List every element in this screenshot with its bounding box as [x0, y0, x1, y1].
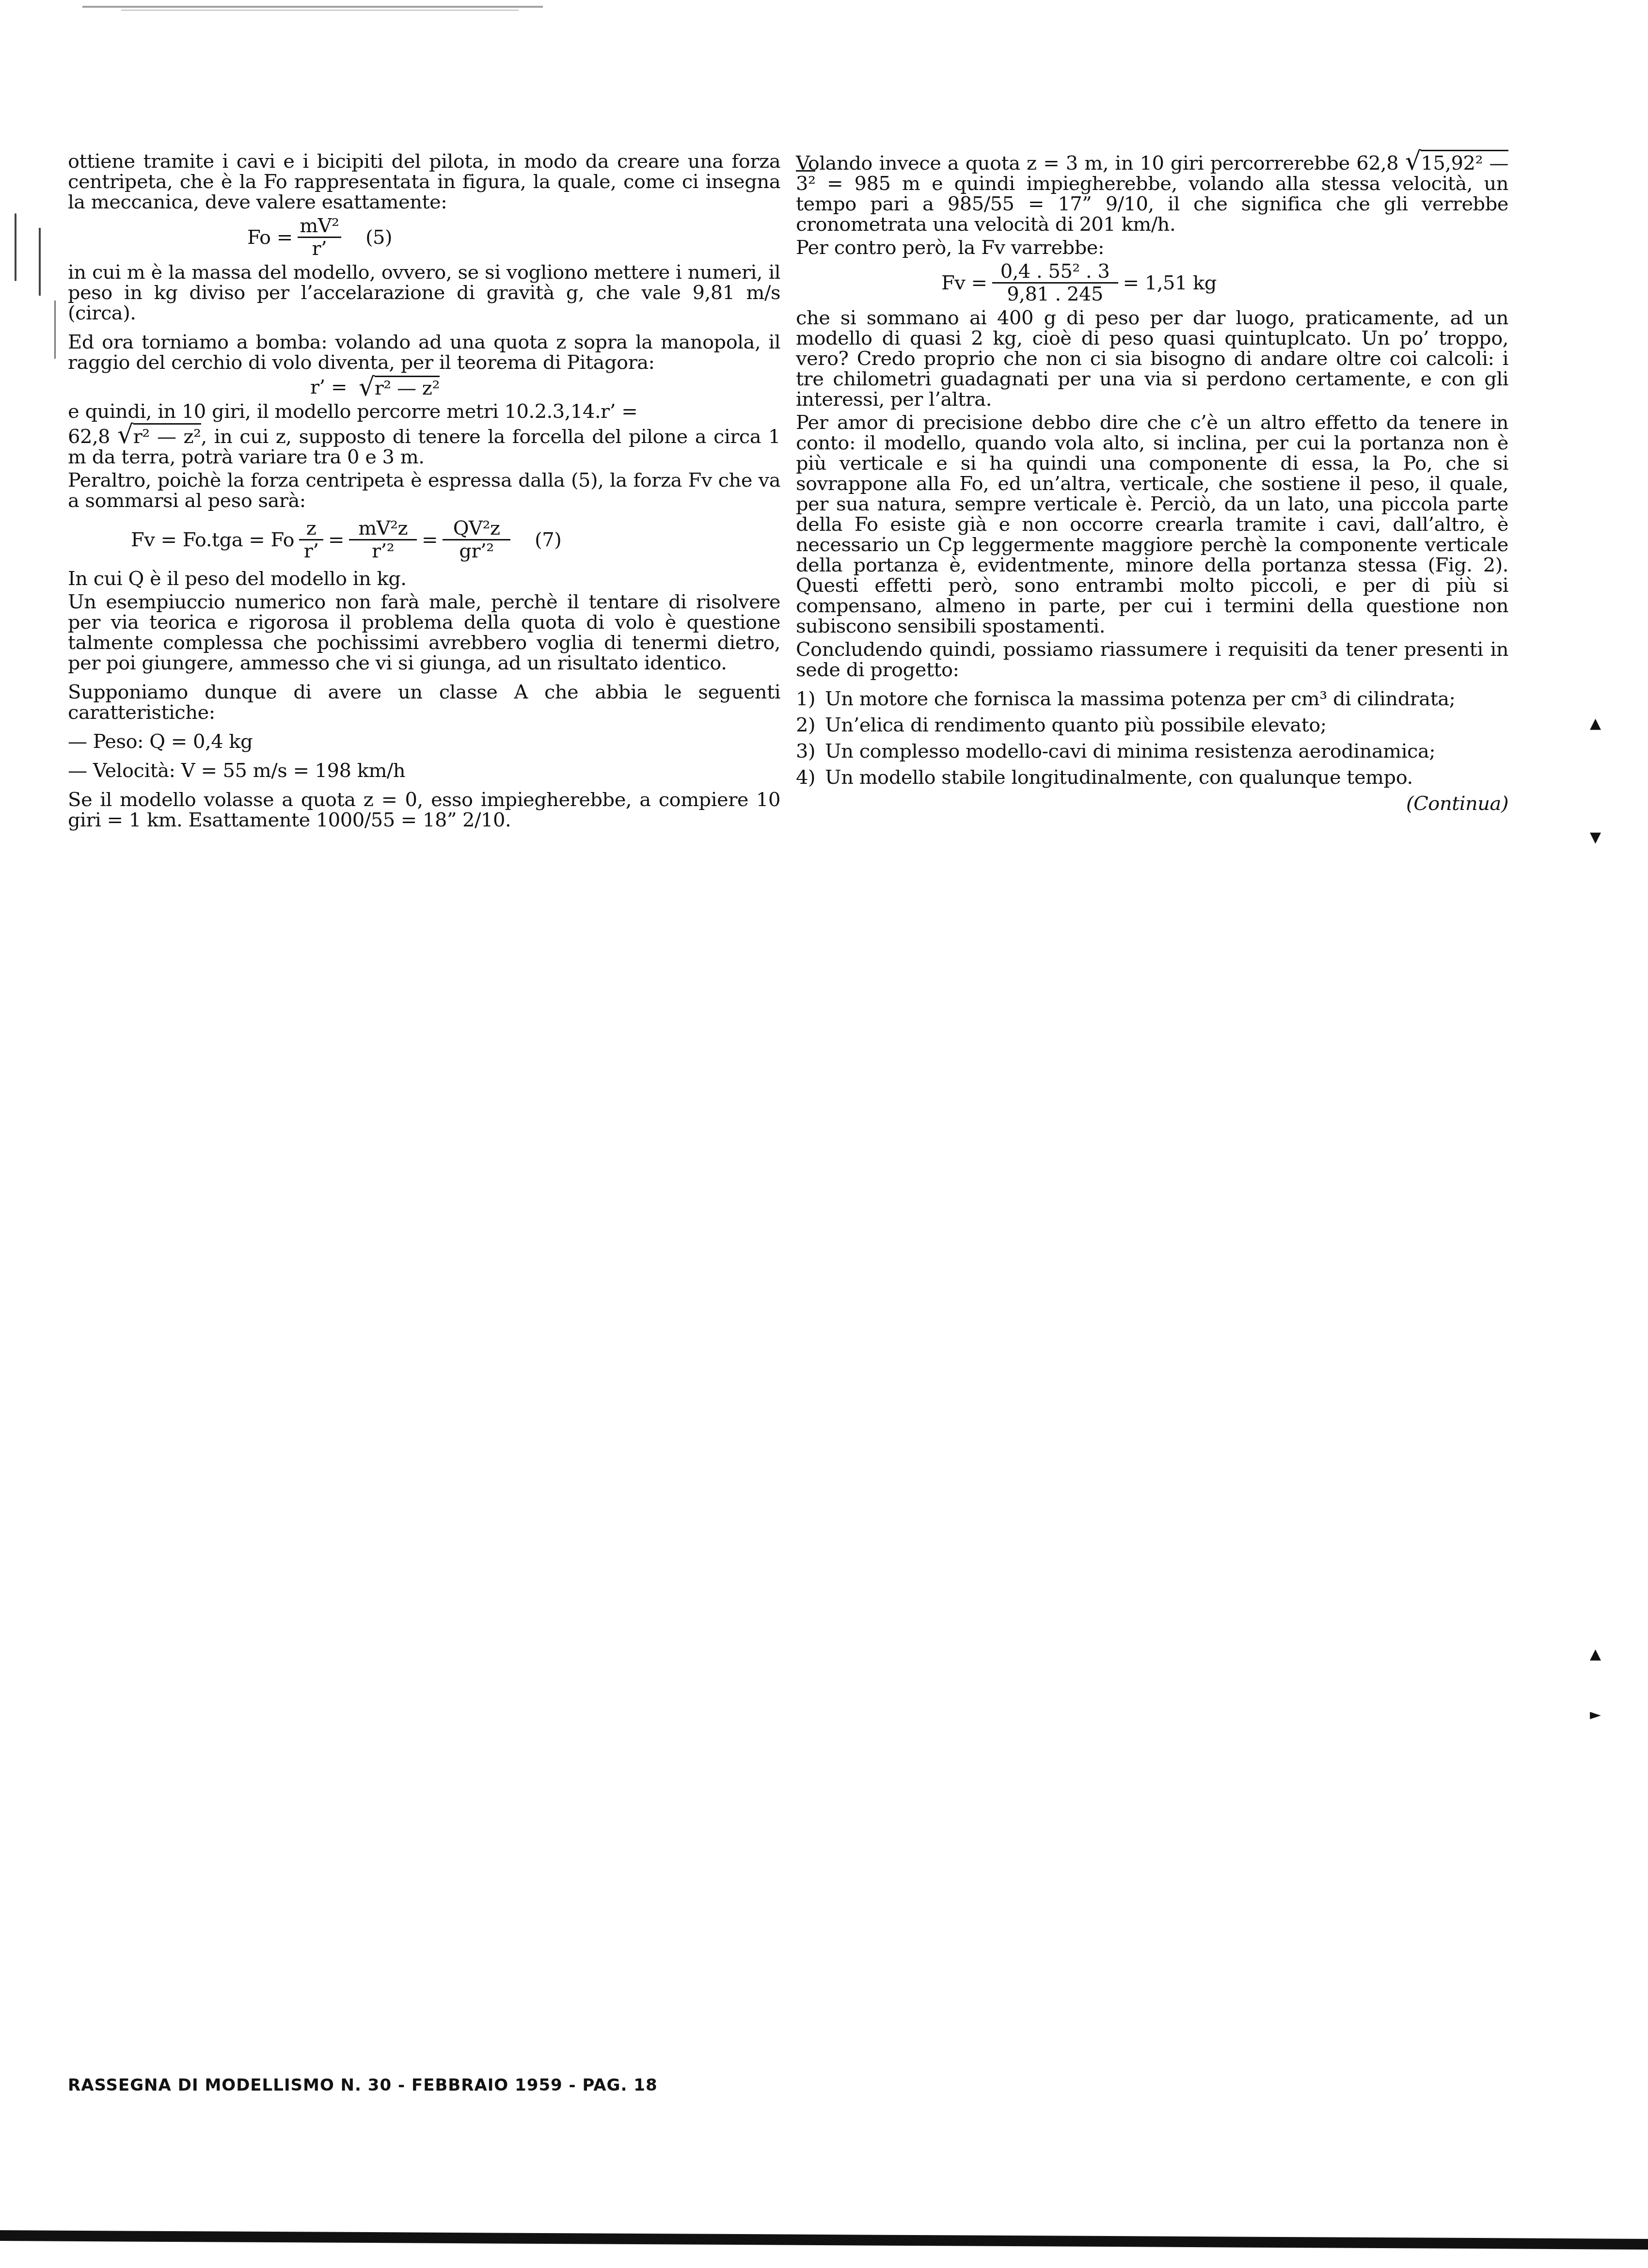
list-number: 1)	[796, 689, 825, 709]
left-column: ottiene tramite i cavi e i bicipiti del …	[68, 151, 780, 833]
paragraph: Ed ora torniamo a bomba: volando ad una …	[68, 332, 780, 373]
paragraph: Concludendo quindi, possiamo riassumere …	[796, 639, 1508, 680]
equation-number: (5)	[365, 227, 392, 248]
paragraph: Volando invece a quota z = 3 m, in 10 gi…	[796, 151, 1508, 235]
paragraph: ottiene tramite i cavi e i bicipiti del …	[68, 151, 780, 212]
paragraph: in cui m è la massa del modello, ovvero,…	[68, 262, 780, 323]
spec-weight: — Peso: Q = 0,4 kg	[68, 731, 780, 752]
fraction: QV²z gr’²	[443, 518, 510, 562]
sqrt-icon: √	[1405, 147, 1421, 176]
fraction: mV²z r’²	[349, 518, 417, 562]
list-item: 1) Un motore che fornisca la massima pot…	[796, 689, 1508, 709]
numerator: QV²z	[453, 518, 500, 539]
list-text: Un modello stabile longitudinalmente, co…	[825, 767, 1508, 788]
eq-lhs: Fo =	[247, 227, 293, 248]
fraction: 0,4 . 55² . 3 9,81 . 245	[992, 261, 1118, 305]
list-item: 3) Un complesso modello-cavi di minima r…	[796, 741, 1508, 761]
eq-rhs: = 1,51 kg	[1123, 273, 1217, 293]
numerator: mV²z	[358, 518, 408, 539]
paragraph: Supponiamo dunque di avere un classe A c…	[68, 682, 780, 723]
denominator: r’	[304, 540, 319, 562]
triangle-right-icon: ►	[1590, 1706, 1601, 1723]
page-footer: RASSEGNA DI MODELLISMO N. 30 - FEBBRAIO …	[68, 2076, 658, 2095]
numerator: mV²	[300, 215, 339, 237]
denominator: 9,81 . 245	[1007, 284, 1103, 305]
paragraph: Un esempiuccio numerico non farà male, p…	[68, 592, 780, 673]
paragraph: Se il modello volasse a quota z = 0, ess…	[68, 790, 780, 830]
denominator: r’²	[372, 540, 394, 562]
denominator: r’	[312, 238, 327, 259]
scan-edge-band	[0, 2230, 1648, 2250]
paragraph: e quindi, in 10 giri, il modello percorr…	[68, 401, 780, 422]
text: = 985 m e quindi impiegherebbe, volando …	[796, 173, 1508, 236]
paragraph: Peraltro, poichè la forza centripeta è e…	[68, 470, 780, 511]
margin-pen-mark	[39, 228, 41, 296]
triangle-up-icon: ▲	[1590, 1646, 1601, 1663]
equation-pitagora: r’ = √ r² — z²	[68, 376, 780, 398]
list-text: Un complesso modello-cavi di minima resi…	[825, 741, 1508, 761]
eq-lhs: r’ =	[310, 377, 347, 397]
scan-artifact-top	[82, 6, 543, 8]
triangle-down-icon: ▼	[1590, 829, 1601, 846]
continua-note: (Continua)	[796, 793, 1508, 814]
equation-7: Fv = Fo.tga = Fo z r’ = mV²z r’² = QV²z …	[68, 518, 780, 562]
right-column: Volando invece a quota z = 3 m, in 10 gi…	[796, 151, 1508, 817]
radicand: r² — z²	[133, 423, 201, 448]
triangle-up-icon: ▲	[1590, 715, 1601, 732]
numerator: z	[306, 518, 317, 539]
equation-5: Fo = mV² r’ (5)	[68, 215, 780, 259]
fraction: z r’	[299, 518, 323, 562]
fraction: mV² r’	[298, 215, 341, 259]
eq-lhs: Fv = Fo.tga = Fo	[131, 530, 294, 550]
radicand: r² — z²	[375, 376, 440, 398]
list-item: 2) Un’elica di rendimento quanto più pos…	[796, 715, 1508, 735]
denominator: gr’²	[459, 540, 493, 562]
scan-artifact-top-2	[121, 10, 519, 11]
numerator: 0,4 . 55² . 3	[1000, 261, 1110, 282]
equals: =	[422, 530, 438, 550]
equation-number: (7)	[535, 530, 561, 550]
coefficient: 62,8	[1356, 152, 1398, 174]
paragraph: Per amor di precisione debbo dire che c’…	[796, 412, 1508, 636]
margin-pen-mark	[15, 213, 16, 281]
list-text: Un’elica di rendimento quanto più possib…	[825, 715, 1508, 735]
paragraph: 62,8 √r² — z², in cui z, supposto di ten…	[68, 425, 780, 467]
coefficient: 62,8	[68, 426, 110, 448]
spec-speed: — Velocità: V = 55 m/s = 198 km/h	[68, 761, 780, 781]
paragraph: Per contro però, la Fv varrebbe:	[796, 238, 1508, 258]
list-number: 3)	[796, 741, 825, 761]
paragraph: In cui Q è il peso del modello in kg.	[68, 569, 780, 589]
equals: =	[328, 530, 344, 550]
list-number: 4)	[796, 767, 825, 788]
sqrt-icon: √	[117, 420, 133, 449]
list-number: 2)	[796, 715, 825, 735]
list-item: 4) Un modello stabile longitudinalmente,…	[796, 767, 1508, 788]
sqrt-icon: √	[359, 377, 375, 397]
equation-fv: Fv = 0,4 . 55² . 3 9,81 . 245 = 1,51 kg	[796, 261, 1508, 305]
paragraph: che si sommano ai 400 g di peso per dar …	[796, 308, 1508, 410]
eq-lhs: Fv =	[941, 273, 987, 293]
text: Volando invece a quota z = 3 m, in 10 gi…	[796, 152, 1350, 174]
list-text: Un motore che fornisca la massima potenz…	[825, 689, 1508, 709]
margin-pen-mark	[54, 301, 56, 359]
